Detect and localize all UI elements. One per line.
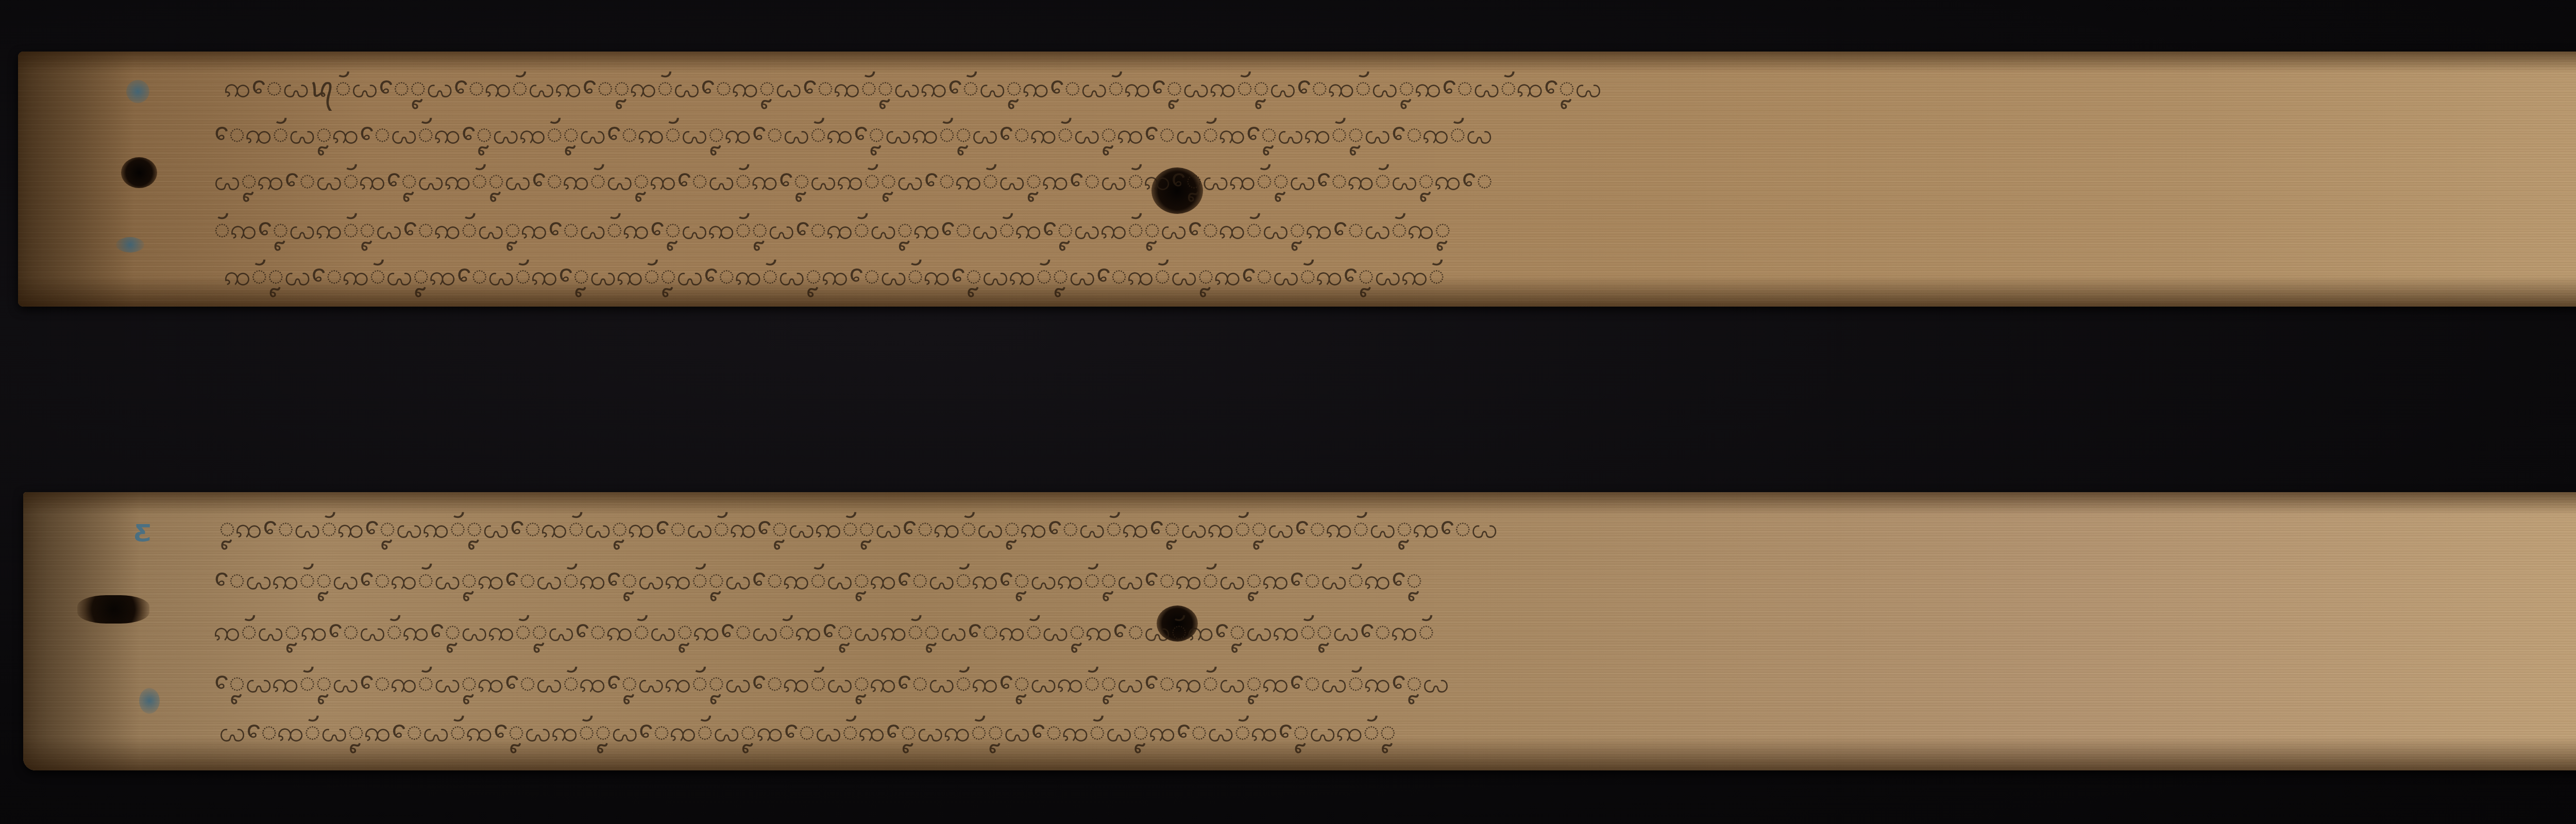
script-line-3: ꩡꨮꩬꨵꩡꨯꩬꨮꩡꨵꨯꩬꩡꨮꨵꩬꨯꩡꨮꩬꨵꩡꨯꩬꨮꩡꨵꨯꩬꩡꨮꨵꩬꨯꩡꨮꩬꨵꩡꨯ… — [214, 608, 2576, 654]
manuscript-leaf-top: 2 ꩡꨯꩬꪓꨮꩬꨯꨵꩬꨯꩡꨮꩬꩡꨯꨵꩡꨮꩬꨯꩡꨵꩬꨯꩡꨮꨵꩬꩡꨯꨮꩬꨵꩡꨯꩬꨮꩡ… — [18, 52, 2576, 307]
script-line-5: ꩡꨮꨵꩬꨯꩡꨮꩬꨵꩡꨯꩬꨮꩡꨵꨯꩬꩡꨮꨵꩬꨯꩡꨮꩬꨵꩡꨯꩬꨮꩡꨵꨯꩬꩡꨮꨵꩬꨯꩡ… — [224, 253, 2576, 299]
script-line-4: ꨵꨯꩬꩡꨮꨵꩬꨯꩡꨮꩬꨵꩡꨯꩬꨮꩡꨵꨯꩬꩡꨮꨵꩬꨯꩡꨮꩬꨵꩡꨯꩬꨮꩡꨵꨯꩬꩡꨮꨵ… — [214, 660, 2576, 706]
string-hole-left — [77, 595, 149, 624]
pencil-mark-left-bottom — [116, 237, 144, 253]
script-line-2: ꨯꩡꨮꩬꨵꩡꨯꩬꨮꩡꨵꨯꩬꩡꨮꨵꩬꨯꩡꨮꩬꨵꩡꨯꩬꨮꩡꨵꨯꩬꩡꨮꨵꩬꨯꩡꨮꩬꨵꩡ… — [214, 111, 2576, 157]
script-line-4: ꨮꩡꨵꨯꩬꩡꨮꨵꩬꨯꩡꨮꩬꨵꩡꨯꩬꨮꩡꨵꨯꩬꩡꨮꨵꩬꨯꩡꨮꩬꨵꩡꨯꩬꨮꩡꨵꨯꩬꩡ… — [214, 206, 2576, 253]
pencil-mark-left-bottom — [139, 688, 160, 714]
folio-mark-left-top: Ʒ — [134, 520, 151, 547]
string-hole-left — [121, 157, 157, 188]
script-line-5: ꩬꨯꩡꨮꩬꨵꩡꨯꩬꨮꩡꨵꨯꩬꩡꨮꨵꩬꨯꩡꨮꩬꨵꩡꨯꩬꨮꩡꨵꨯꩬꩡꨮꨵꩬꨯꩡꨮꩬꨵ… — [219, 709, 2576, 755]
manuscript-leaf-bottom: Ʒ 3 ꨵꩡꨯꩬꨮꩡꨵꨯꩬꩡꨮꨵꩬꨯꩡꨮꩬꨵꩡꨯꩬꨮꩡꨵꨯꩬꩡꨮꨵꩬꨯꩡꨮꩬꨵꩡ… — [23, 492, 2576, 770]
script-line-1: ꩡꨯꩬꪓꨮꩬꨯꨵꩬꨯꩡꨮꩬꩡꨯꨵꩡꨮꩬꨯꩡꨵꩬꨯꩡꨮꨵꩬꩡꨯꨮꩬꨵꩡꨯꩬꨮꩡꨵꨯ… — [224, 64, 2576, 111]
script-line-2: ꨯꩬꩡꨮꨵꩬꨯꩡꨮꩬꨵꩡꨯꩬꨮꩡꨵꨯꩬꩡꨮꨵꩬꨯꩡꨮꩬꨵꩡꨯꩬꨮꩡꨵꨯꩬꩡꨮꨵꩬ… — [214, 557, 2576, 603]
script-line-3: ꩬꨵꩡꨯꩬꨮꩡꨵꨯꩬꩡꨮꨵꩬꨯꩡꨮꩬꨵꩡꨯꩬꨮꩡꨵꨯꩬꩡꨮꨵꩬꨯꩡꨮꩬꨵꩡꨯꩬꨮ… — [214, 157, 2576, 204]
script-line-1: ꨵꩡꨯꩬꨮꩡꨵꨯꩬꩡꨮꨵꩬꨯꩡꨮꩬꨵꩡꨯꩬꨮꩡꨵꨯꩬꩡꨮꨵꩬꨯꩡꨮꩬꨵꩡꨯꩬꨮꩡ… — [219, 505, 2576, 551]
pencil-mark-left-top — [126, 80, 149, 103]
